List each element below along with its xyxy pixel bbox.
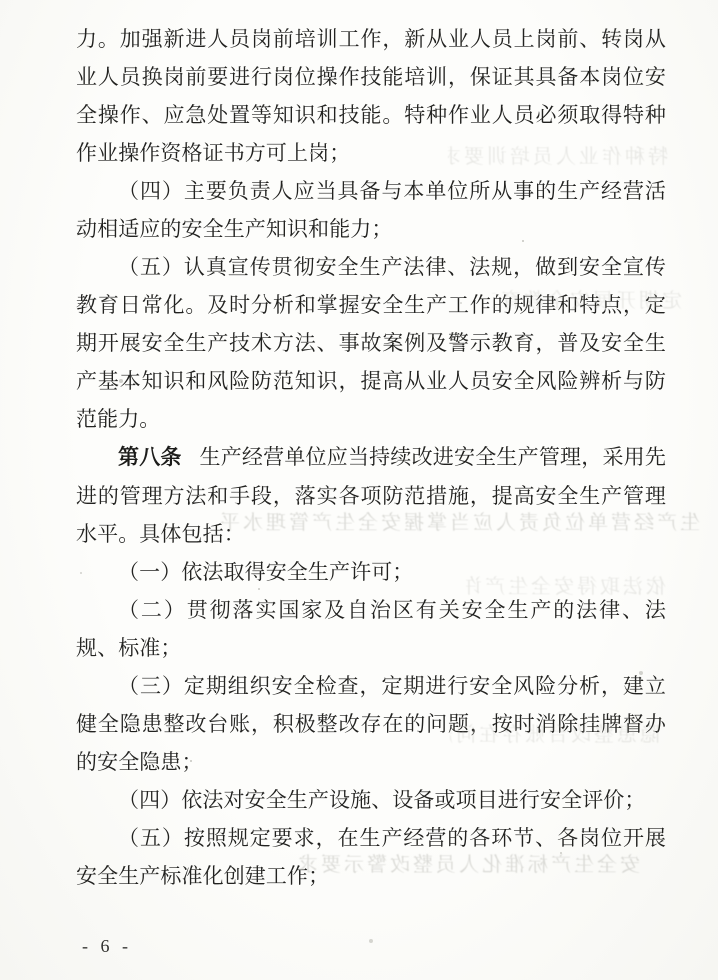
article-number-label: 第八条 [118, 446, 182, 469]
paragraph-text: 力。加强新进人员岗前培训工作，新从业人员上岗前、转岗从业人员换岗前要进行岗位操作… [76, 27, 666, 165]
paragraph-text: （二）贯彻落实国家及自治区有关安全生产的法律、法规、标准； [76, 598, 666, 660]
paragraph: （四）依法对安全生产设施、设备或项目进行安全评价； [76, 781, 666, 819]
paragraph: （五）认真宣传贯彻安全生产法律、法规，做到安全宣传教育日常化。及时分析和掌握安全… [76, 248, 666, 438]
paragraph-text: （三）定期组织安全检查，定期进行安全风险分析，建立健全隐患整改台账，积极整改存在… [76, 674, 666, 774]
paragraph: （二）贯彻落实国家及自治区有关安全生产的法律、法规、标准； [76, 591, 666, 667]
paragraph: （一）依法取得安全生产许可； [76, 553, 666, 591]
document-body: 力。加强新进人员岗前培训工作，新从业人员上岗前、转岗从业人员换岗前要进行岗位操作… [76, 20, 666, 895]
document-page: 力。加强新进人员岗前培训工作，新从业人员上岗前、转岗从业人员换岗前要进行岗位操作… [0, 0, 718, 980]
paragraph: （四）主要负责人应当具备与本单位所从事的生产经营活动相适应的安全生产知识和能力； [76, 172, 666, 248]
paragraph-article-8: 第八条生产经营单位应当持续改进安全生产管理，采用先进的管理方法和手段，落实各项防… [76, 438, 666, 553]
paragraph: 力。加强新进人员岗前培训工作，新从业人员上岗前、转岗从业人员换岗前要进行岗位操作… [76, 20, 666, 172]
paragraph-text: （四）依法对安全生产设施、设备或项目进行安全评价； [118, 788, 646, 812]
page-number: - 6 - [82, 936, 132, 957]
paragraph-text: （五）认真宣传贯彻安全生产法律、法规，做到安全宣传教育日常化。及时分析和掌握安全… [76, 255, 666, 431]
paragraph-text: （四）主要负责人应当具备与本单位所从事的生产经营活动相适应的安全生产知识和能力； [76, 179, 666, 241]
paragraph: （五）按照规定要求，在生产经营的各环节、各岗位开展安全生产标准化创建工作； [76, 819, 666, 895]
paragraph-text: （五）按照规定要求，在生产经营的各环节、各岗位开展安全生产标准化创建工作； [76, 826, 666, 888]
paragraph: （三）定期组织安全检查，定期进行安全风险分析，建立健全隐患整改台账，积极整改存在… [76, 667, 666, 781]
paragraph-text: （一）依法取得安全生产许可； [118, 560, 413, 584]
